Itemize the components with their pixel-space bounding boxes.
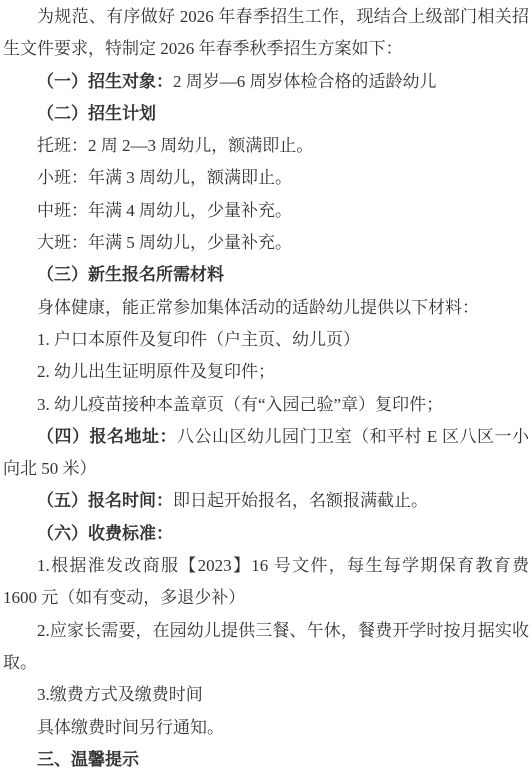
section-1-text: 2 周岁—6 周岁体检合格的适龄幼儿: [173, 72, 437, 91]
materials-intro: 身体健康，能正常参加集体活动的适龄幼儿提供以下材料：: [3, 292, 529, 324]
section-4-label: （四）报名地址：: [37, 427, 177, 446]
section-1-label: （一）招生对象：: [37, 72, 173, 91]
section-3-label: （三）新生报名所需材料: [37, 265, 224, 284]
list-item-daban: 大班：年满 5 周幼儿，少量补充。: [3, 227, 529, 259]
paragraph-text: 2. 幼儿出生证明原件及复印件；: [37, 362, 275, 381]
section-tips-heading: 三、温馨提示: [3, 744, 529, 776]
fee-item-1: 1.根据淮发改商服【2023】16 号文件，每生每学期保育教育费 1600 元（…: [3, 550, 529, 615]
section-2-enrollment-plan-heading: （二）招生计划: [3, 98, 529, 130]
list-item-xiaoban: 小班：年满 3 周幼儿，额满即止。: [3, 162, 529, 194]
paragraph-text: 3.缴费方式及缴费时间: [37, 685, 203, 704]
paragraph-text: 1.根据淮发改商服【2023】16 号文件，每生每学期保育教育费 1600 元（…: [3, 556, 529, 607]
paragraph-text: 托班：2 周 2—3 周幼儿，额满即止。: [37, 136, 313, 155]
section-6-label: （六）收费标准：: [37, 524, 173, 543]
paragraph-text: 小班：年满 3 周幼儿，额满即止。: [37, 168, 292, 187]
paragraph-text: 身体健康，能正常参加集体活动的适龄幼儿提供以下材料：: [37, 298, 479, 317]
list-item-tuoban: 托班：2 周 2—3 周幼儿，额满即止。: [3, 130, 529, 162]
fee-item-2: 2.应家长需要，在园幼儿提供三餐、午休，餐费开学时按月据实收取。: [3, 615, 529, 680]
material-item-3: 3. 幼儿疫苗接种本盖章页（有“入园己验”章）复印件；: [3, 389, 529, 421]
section-4-registration-address: （四）报名地址：八公山区幼儿园门卫室（和平村 E 区八区一小向北 50 米）: [3, 421, 529, 486]
section-5-registration-time: （五）报名时间：即日起开始报名，名额报满截止。: [3, 485, 529, 517]
section-5-text: 即日起开始报名，名额报满截止。: [173, 491, 428, 510]
list-item-zhongban: 中班：年满 4 周幼儿，少量补充。: [3, 195, 529, 227]
paragraph-text: 大班：年满 5 周幼儿，少量补充。: [37, 233, 292, 252]
section-1-enrollment-target: （一）招生对象：2 周岁—6 周岁体检合格的适龄幼儿: [3, 66, 529, 98]
fee-item-3: 3.缴费方式及缴费时间: [3, 679, 529, 711]
material-item-1: 1. 户口本原件及复印件（户主页、幼儿页）: [3, 324, 529, 356]
tips-label: 三、温馨提示: [37, 750, 139, 769]
paragraph-text: 中班：年满 4 周幼儿，少量补充。: [37, 201, 292, 220]
intro-paragraph: 为规范、有序做好 2026 年春季招生工作，现结合上级部门相关招生文件要求，特制…: [3, 1, 529, 66]
paragraph-text: 为规范、有序做好 2026 年春季招生工作，现结合上级部门相关招生文件要求，特制…: [3, 7, 529, 58]
paragraph-text: 1. 户口本原件及复印件（户主页、幼儿页）: [37, 330, 360, 349]
paragraph-text: 具体缴费时间另行通知。: [37, 718, 224, 737]
section-5-label: （五）报名时间：: [37, 491, 173, 510]
document-page: 为规范、有序做好 2026 年春季招生工作，现结合上级部门相关招生文件要求，特制…: [0, 0, 532, 784]
section-6-fees-heading: （六）收费标准：: [3, 518, 529, 550]
paragraph-text: 3. 幼儿疫苗接种本盖章页（有“入园己验”章）复印件；: [37, 395, 443, 414]
material-item-2: 2. 幼儿出生证明原件及复印件；: [3, 356, 529, 388]
fee-payment-notice: 具体缴费时间另行通知。: [3, 712, 529, 744]
section-3-materials-heading: （三）新生报名所需材料: [3, 259, 529, 291]
section-2-label: （二）招生计划: [37, 104, 156, 123]
paragraph-text: 2.应家长需要，在园幼儿提供三餐、午休，餐费开学时按月据实收取。: [3, 621, 529, 672]
